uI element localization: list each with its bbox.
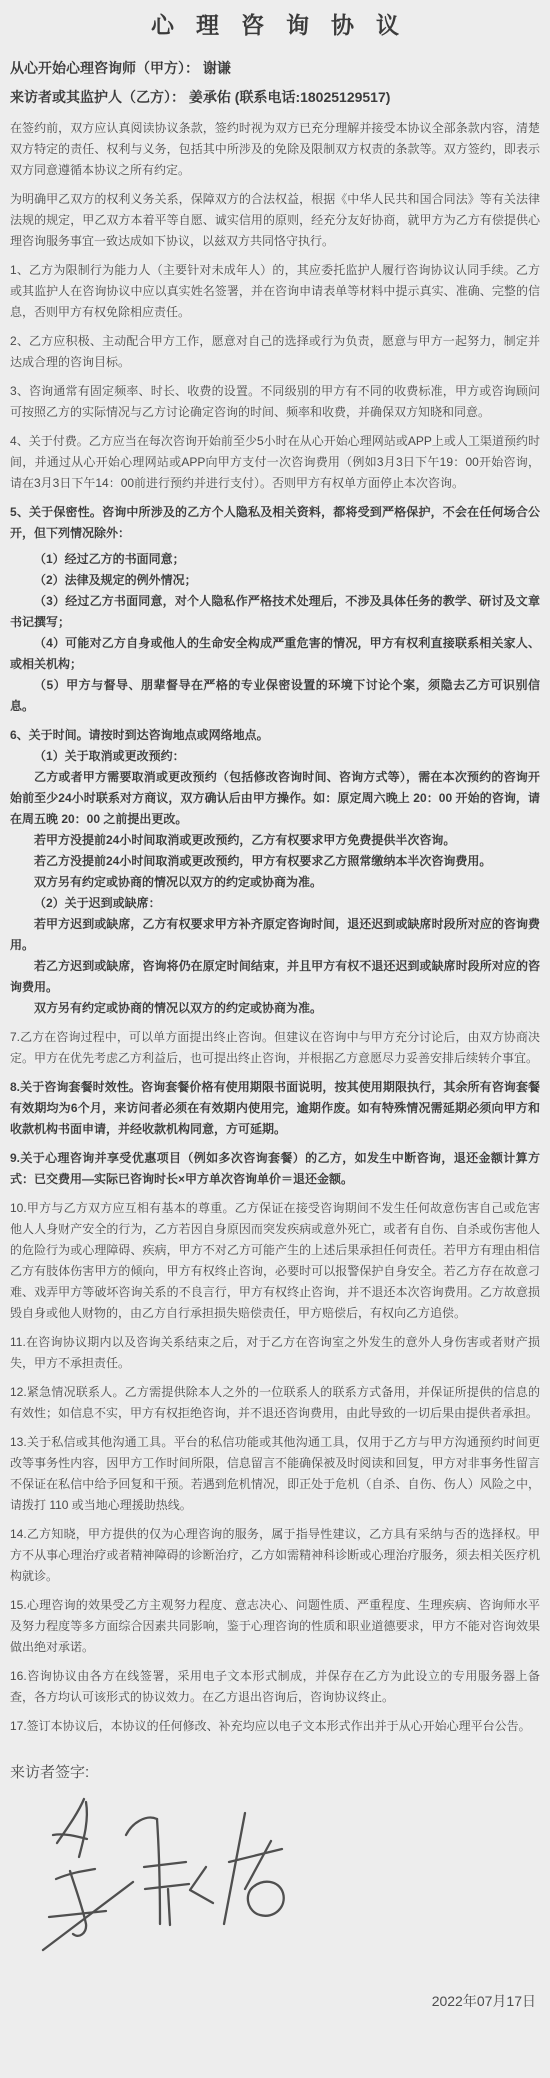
agreement-paragraph: 11.在咨询协议期内以及咨询关系结束之后，对于乙方在咨询室之外发生的意外人身伤害… — [10, 1332, 540, 1374]
agreement-paragraph: 6、关于时间。请按时到达咨询地点或网络地点。 — [10, 725, 540, 746]
agreement-paragraph: 15.心理咨询的效果受乙方主观努力程度、意志决心、问题性质、严重程度、生理疾病、… — [10, 1595, 540, 1658]
agreement-paragraph: 若甲方没提前24小时间取消或更改预约，乙方有权要求甲方免费提供半次咨询。 — [10, 830, 540, 851]
agreement-document: 心理咨询协议 从心开始心理咨询师（甲方）： 谢谦 来访者或其监护人（乙方）： 姜… — [0, 0, 550, 2077]
agreement-paragraph: 双方另有约定或协商的情况以双方的约定或协商为准。 — [10, 998, 540, 1019]
agreement-paragraph: 乙方或者甲方需要取消或更改预约（包括修改咨询时间、咨询方式等），需在本次预约的咨… — [10, 767, 540, 830]
agreement-paragraph: 2、乙方应积极、主动配合甲方工作，愿意对自己的选择或行为负责，愿意与甲方一起努力… — [10, 331, 540, 373]
signature-label: 来访者签字: — [10, 1763, 540, 1783]
agreement-paragraph: （2）法律及规定的例外情况； — [10, 570, 540, 591]
agreement-paragraph: （2）关于迟到或缺席： — [10, 893, 540, 914]
agreement-paragraph: 9.关于心理咨询并享受优惠项目（例如多次咨询套餐）的乙方，如发生中断咨询，退还金… — [10, 1148, 540, 1190]
agreement-paragraph: 为明确甲乙双方的权利义务关系，保障双方的合法权益，根据《中华人民共和国合同法》等… — [10, 189, 540, 252]
agreement-paragraph: 13.关于私信或其他沟通工具。平台的私信功能或其他沟通工具，仅用于乙方与甲方沟通… — [10, 1432, 540, 1516]
visitor-signature — [34, 1793, 304, 1965]
agreement-paragraph: 10.甲方与乙方双方应互相有基本的尊重。乙方保证在接受咨询期间不发生任何故意伤害… — [10, 1198, 540, 1324]
counselor-party-line: 从心开始心理咨询师（甲方）： 谢谦 — [10, 60, 540, 76]
agreement-paragraph: 12.紧急情况联系人。乙方需提供除本人之外的一位联系人的联系方式备用，并保证所提… — [10, 1382, 540, 1424]
agreement-paragraph: 若乙方迟到或缺席，咨询将仍在原定时间结束，并且甲方有权不退还迟到或缺席时段所对应… — [10, 956, 540, 998]
agreement-paragraph: 双方另有约定或协商的情况以双方的约定或协商为准。 — [10, 872, 540, 893]
agreement-paragraph: 在签约前，双方应认真阅读协议条款，签约时视为双方已充分理解并接受本协议全部条款内… — [10, 118, 540, 181]
sign-date: 2022年07月17日 — [10, 1991, 536, 2077]
agreement-paragraph: 8.关于咨询套餐时效性。咨询套餐价格有使用期限书面说明，按其使用期限执行，其余所… — [10, 1077, 540, 1140]
agreement-paragraph: （1）关于取消或更改预约： — [10, 746, 540, 767]
agreement-paragraph: 4、关于付费。乙方应当在每次咨询开始前至少5小时在从心开始心理网站或APP上或人… — [10, 431, 540, 494]
agreement-paragraph: （1）经过乙方的书面同意； — [10, 549, 540, 570]
visitor-party-line: 来访者或其监护人（乙方）： 姜承佑 (联系电话:18025129517) — [10, 89, 540, 105]
page-title: 心理咨询协议 — [10, 8, 540, 42]
agreement-paragraph: （5）甲方与督导、朋辈督导在严格的专业保密设置的环境下讨论个案，须隐去乙方可识别… — [10, 675, 540, 717]
agreement-paragraph: 1、乙方为限制行为能力人（主要针对未成年人）的，其应委托监护人履行咨询协议认同手… — [10, 260, 540, 323]
agreement-paragraph: 若乙方没提前24小时间取消或更改预约，甲方有权要求乙方照常缴纳本半次咨询费用。 — [10, 851, 540, 872]
agreement-paragraph: 3、咨询通常有固定频率、时长、收费的设置。不同级别的甲方有不同的收费标准，甲方或… — [10, 381, 540, 423]
agreement-paragraph: 5、关于保密性。咨询中所涉及的乙方个人隐私及相关资料，都将受到严格保护，不会在任… — [10, 502, 540, 544]
agreement-paragraph: （4）可能对乙方自身或他人的生命安全构成严重危害的情况，甲方有权利直接联系相关家… — [10, 633, 540, 675]
agreement-paragraph: 14.乙方知晓，甲方提供的仅为心理咨询的服务，属于指导性建议，乙方具有采纳与否的… — [10, 1524, 540, 1587]
agreement-paragraph: （3）经过乙方书面同意，对个人隐私作严格技术处理后，不涉及具体任务的教学、研讨及… — [10, 591, 540, 633]
agreement-paragraph: 若甲方迟到或缺席，乙方有权要求甲方补齐原定咨询时间，退还迟到或缺席时段所对应的咨… — [10, 914, 540, 956]
agreement-paragraph: 7.乙方在咨询过程中，可以单方面提出终止咨询。但建议在咨询中与甲方充分讨论后，由… — [10, 1027, 540, 1069]
agreement-paragraph: 16.咨询协议由各方在线签署，采用电子文本形式制成，并保存在乙方为此设立的专用服… — [10, 1666, 540, 1708]
agreement-paragraph: 17.签订本协议后，本协议的任何修改、补充均应以电子文本形式作出并于从心开始心理… — [10, 1716, 540, 1737]
agreement-paragraphs: 在签约前，双方应认真阅读协议条款，签约时视为双方已充分理解并接受本协议全部条款内… — [10, 118, 540, 1737]
